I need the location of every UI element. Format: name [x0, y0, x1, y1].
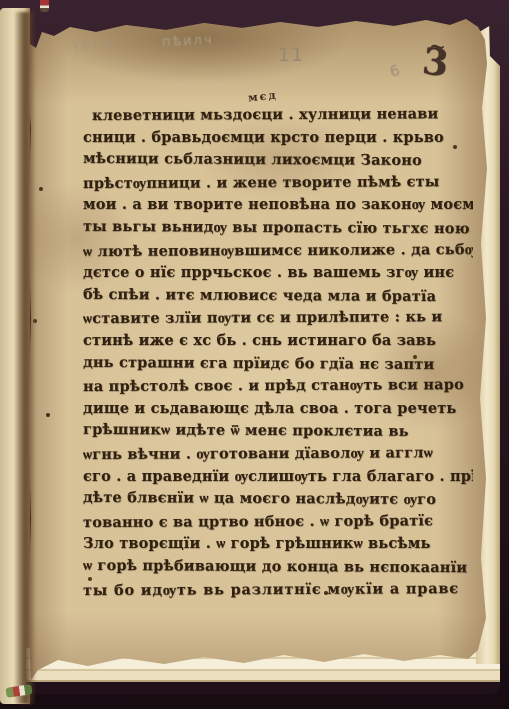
- binding-gutter: [14, 12, 36, 704]
- text-line: тованно є ва цртво нбноє . ѡ горѣ братїє: [83, 510, 473, 535]
- folio-number: ~ 3: [413, 34, 458, 84]
- pencil-page-number: 11: [278, 44, 304, 66]
- text-line: ѡ горѣ прѣбивающи до конца вь нєпокаанїи: [83, 555, 473, 580]
- interlinear-note: мєд: [247, 88, 278, 104]
- text-line: прѣстѹпници . и жене творите пѣмѣ єты: [83, 171, 473, 196]
- text-line: дище и сьдавающє дѣла своа . тога речеть: [83, 398, 473, 421]
- manuscript-photo: тьга пѣилч 11 6 ~ 3 мєд клеветници мьздо…: [0, 0, 509, 709]
- text-line: ѡставите злїи пѹти сє и прилѣпите : кь и: [83, 306, 473, 331]
- text-line: єго . а праведнїи ѹслишѹть гла благаго .…: [83, 466, 473, 489]
- text-line: днь страшни єга прїидє бо гдїа нє запти: [83, 351, 473, 376]
- text-line: ѡгнь вѣчни . ѹготовани дїаволѹ и агглѡ: [83, 442, 473, 467]
- pencil-numeral: 6: [387, 61, 402, 81]
- text-line: дѣте блвєнїи ѡ ца моєго наслѣдѹитє ѹго: [83, 487, 473, 512]
- text-line: грѣшникѡ идѣте ѿ менє проклєтиа вь: [83, 419, 473, 444]
- text-line: стинѣ иже є хс бь . снь истинаго ба завь: [83, 330, 473, 353]
- text-line: клеветници мьздоєци . хулници ненави: [92, 104, 473, 128]
- text-line: мѣсници сьблазници лихоємци Законо: [83, 148, 473, 173]
- pencil-annotation-1: тьга: [72, 37, 115, 53]
- text-line: ты бо идѹть вь разлитнїє мѹкїи а правє: [83, 578, 473, 603]
- text-line: Зло творєщїи . ѡ горѣ грѣшникѡ вьсѣмь: [83, 533, 473, 556]
- text-line: бѣ спѣи . итє млювисє чеда мла и братїа: [83, 284, 473, 309]
- text-line: мои . а ви творите неповѣна по законѹ мо…: [83, 194, 473, 217]
- binding-thread-top: [40, 0, 49, 12]
- text-line: ѡ лютѣ неповинѹвшимсє николиже . да сьбѹ: [83, 239, 473, 264]
- text-line: сници . бравьдоємци крсто перци . крьво: [83, 127, 473, 150]
- manuscript-page: тьга пѣилч 11 6 ~ 3 мєд клеветници мьздо…: [26, 18, 488, 686]
- folio-number-digit: 3: [413, 42, 457, 84]
- text-line: дєтсе о нїє пррчьскоє . вь вашемь згѹ ин…: [83, 262, 473, 285]
- text-block: клеветници мьздоєци . хулници ненави сни…: [83, 104, 473, 624]
- text-line: на прѣстолѣ своє . и прѣд станѹть вси на…: [83, 374, 473, 399]
- pencil-annotation-2: пѣилч: [162, 33, 214, 51]
- text-line: ты вьгы вьнидѹ вы пропасть сїю тьгхє ною…: [83, 216, 473, 241]
